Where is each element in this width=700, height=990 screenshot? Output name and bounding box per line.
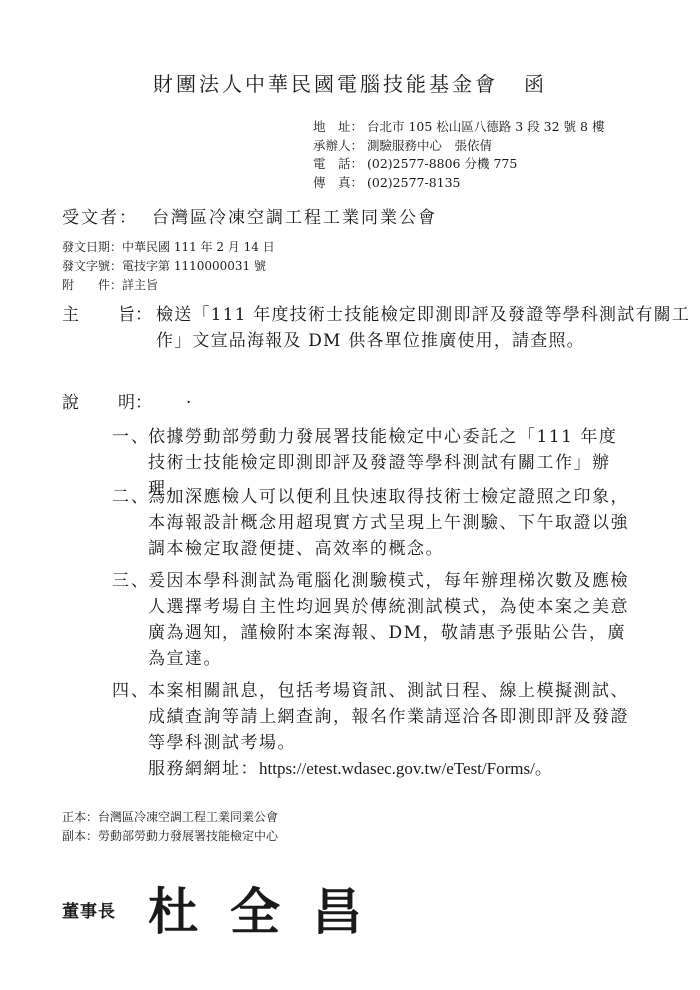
contact-address: 地 址：台北市 105 松山區八德路 3 段 32 號 8 樓 — [313, 118, 604, 137]
original-copy: 正本：台灣區冷凍空調工程工業同業公會 — [62, 808, 278, 827]
contact-fax: 傳 真：(02)2577-8135 — [313, 174, 604, 193]
signature-name: 杜全昌 — [148, 872, 394, 944]
recipient: 受文者：台灣區冷凍空調工程工業同業公會 — [62, 203, 437, 228]
explanation-item-4: 四、 本案相關訊息，包括考場資訊、測試日程、線上模擬測試、成績查詢等請上網查詢，… — [112, 678, 632, 782]
service-url-line: 服務網網址：https://etest.wdasec.gov.tw/eTest/… — [148, 756, 632, 782]
recipient-label: 受文者： — [62, 208, 138, 228]
contact-phone: 電 話：(02)2577-8806 分機 775 — [313, 155, 604, 174]
document-type: 函 — [524, 72, 547, 96]
service-url-link[interactable]: https://etest.wdasec.gov.tw/eTest/Forms/ — [259, 759, 535, 778]
organization-name: 財團法人中華民國電腦技能基金會 — [153, 72, 498, 96]
explanation-item-2: 二、 為加深應檢人可以便利且快速取得技術士檢定證照之印象，本海報設計概念用超現實… — [112, 484, 632, 562]
attachment: 附 件：詳主旨 — [62, 276, 275, 295]
document-meta: 發文日期：中華民國 111 年 2 月 14 日 發文字號：電技字第 11100… — [62, 238, 275, 295]
document-number: 發文字號：電技字第 1110000031 號 — [62, 257, 275, 276]
contact-handler: 承辦人：測驗服務中心 張依倩 — [313, 137, 604, 156]
explanation-item-3: 三、 爰因本學科測試為電腦化測驗模式，每年辦理梯次數及應檢人選擇考場自主性均迥異… — [112, 568, 632, 672]
subject-text: 檢送「111 年度技術士技能檢定即測即評及發證等學科測試有關工作」文宣品海報及 … — [156, 302, 696, 354]
recipient-value: 台灣區冷凍空調工程工業同業公會 — [152, 208, 437, 228]
contact-block: 地 址：台北市 105 松山區八德路 3 段 32 號 8 樓 承辦人：測驗服務… — [313, 118, 604, 192]
signatory-title: 董事長 — [62, 897, 116, 922]
duplicate-copy: 副本：勞動部勞動力發展署技能檢定中心 — [62, 827, 278, 846]
document-header: 財團法人中華民國電腦技能基金會函 — [0, 68, 700, 97]
copies-block: 正本：台灣區冷凍空調工程工業同業公會 副本：勞動部勞動力發展署技能檢定中心 — [62, 808, 278, 846]
issue-date: 發文日期：中華民國 111 年 2 月 14 日 — [62, 238, 275, 257]
